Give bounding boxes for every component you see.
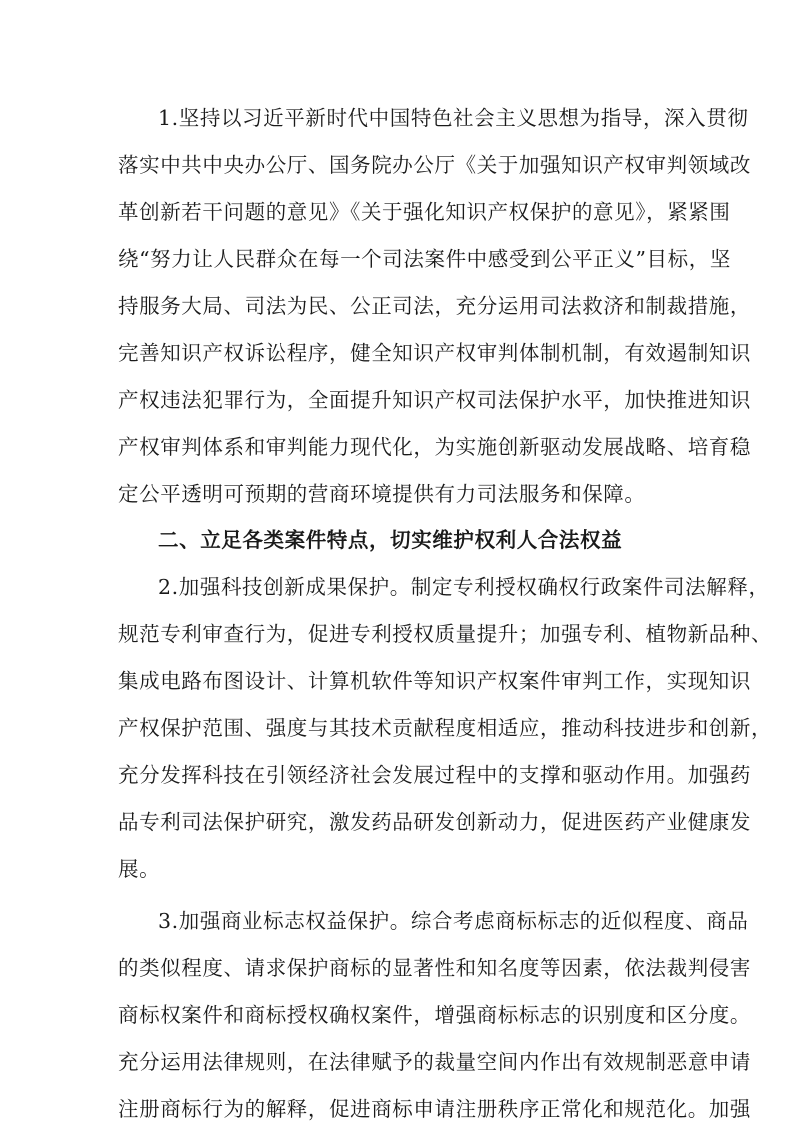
paragraph-1-line-4: 绕“努力让人民群众在每一个司法案件中感受到公平正义”目标，坚: [118, 244, 676, 274]
paragraph-3-line-3: 商标权案件和商标授权确权案件，增强商标标志的识别度和区分度。: [118, 1000, 676, 1030]
paragraph-2-line-2: 规范专利审查行为，促进专利授权质量提升；加强专利、植物新品种、: [118, 619, 676, 649]
paragraph-3-line-4: 充分运用法律规则，在法律赋予的裁量空间内作出有效规制恶意申请: [118, 1047, 676, 1077]
paragraph-2-line-4: 产权保护范围、强度与其技术贡献程度相适应，推动科技进步和创新，: [118, 713, 676, 743]
paragraph-1-line-8: 产权审判体系和审判能力现代化，为实施创新驱动发展战略、培育稳: [118, 432, 676, 462]
paragraph-1-line-2: 落实中共中央办公厅、国务院办公厅《关于加强知识产权审判领域改: [118, 150, 676, 180]
document-page: 1.坚持以习近平新时代中国特色社会主义思想为指导，深入贯彻 落实中共中央办公厅、…: [0, 0, 793, 1122]
paragraph-3-line-2: 的类似程度、请求保护商标的显著性和知名度等因素，依法裁判侵害: [118, 953, 676, 983]
paragraph-1-line-5: 持服务大局、司法为民、公正司法，充分运用司法救济和制裁措施，: [118, 291, 676, 321]
section-heading: 二、立足各类案件特点，切实维护权利人合法权益: [158, 525, 676, 555]
paragraph-1-line-9: 定公平透明可预期的营商环境提供有力司法服务和保障。: [118, 479, 676, 509]
paragraph-2-line-6: 品专利司法保护研究，激发药品研发创新动力，促进医药产业健康发: [118, 807, 676, 837]
paragraph-2-line-5: 充分发挥科技在引领经济社会发展过程中的支撑和驱动作用。加强药: [118, 760, 676, 790]
paragraph-3-line-1: 3.加强商业标志权益保护。综合考虑商标标志的近似程度、商品: [158, 906, 676, 936]
paragraph-2-line-1: 2.加强科技创新成果保护。制定专利授权确权行政案件司法解释，: [158, 572, 676, 602]
paragraph-1-line-3: 革创新若干问题的意见》《关于强化知识产权保护的意见》，紧紧围: [118, 197, 676, 227]
paragraph-2-line-7: 展。: [118, 854, 676, 884]
paragraph-1-line-1: 1.坚持以习近平新时代中国特色社会主义思想为指导，深入贯彻: [158, 103, 676, 133]
paragraph-1-line-7: 产权违法犯罪行为，全面提升知识产权司法保护水平，加快推进知识: [118, 385, 676, 415]
paragraph-2-line-3: 集成电路布图设计、计算机软件等知识产权案件审判工作，实现知识: [118, 666, 676, 696]
paragraph-3-line-5: 注册商标行为的解释，促进商标申请注册秩序正常化和规范化。加强: [118, 1094, 676, 1122]
paragraph-1-line-6: 完善知识产权诉讼程序，健全知识产权审判体制机制，有效遏制知识: [118, 338, 676, 368]
